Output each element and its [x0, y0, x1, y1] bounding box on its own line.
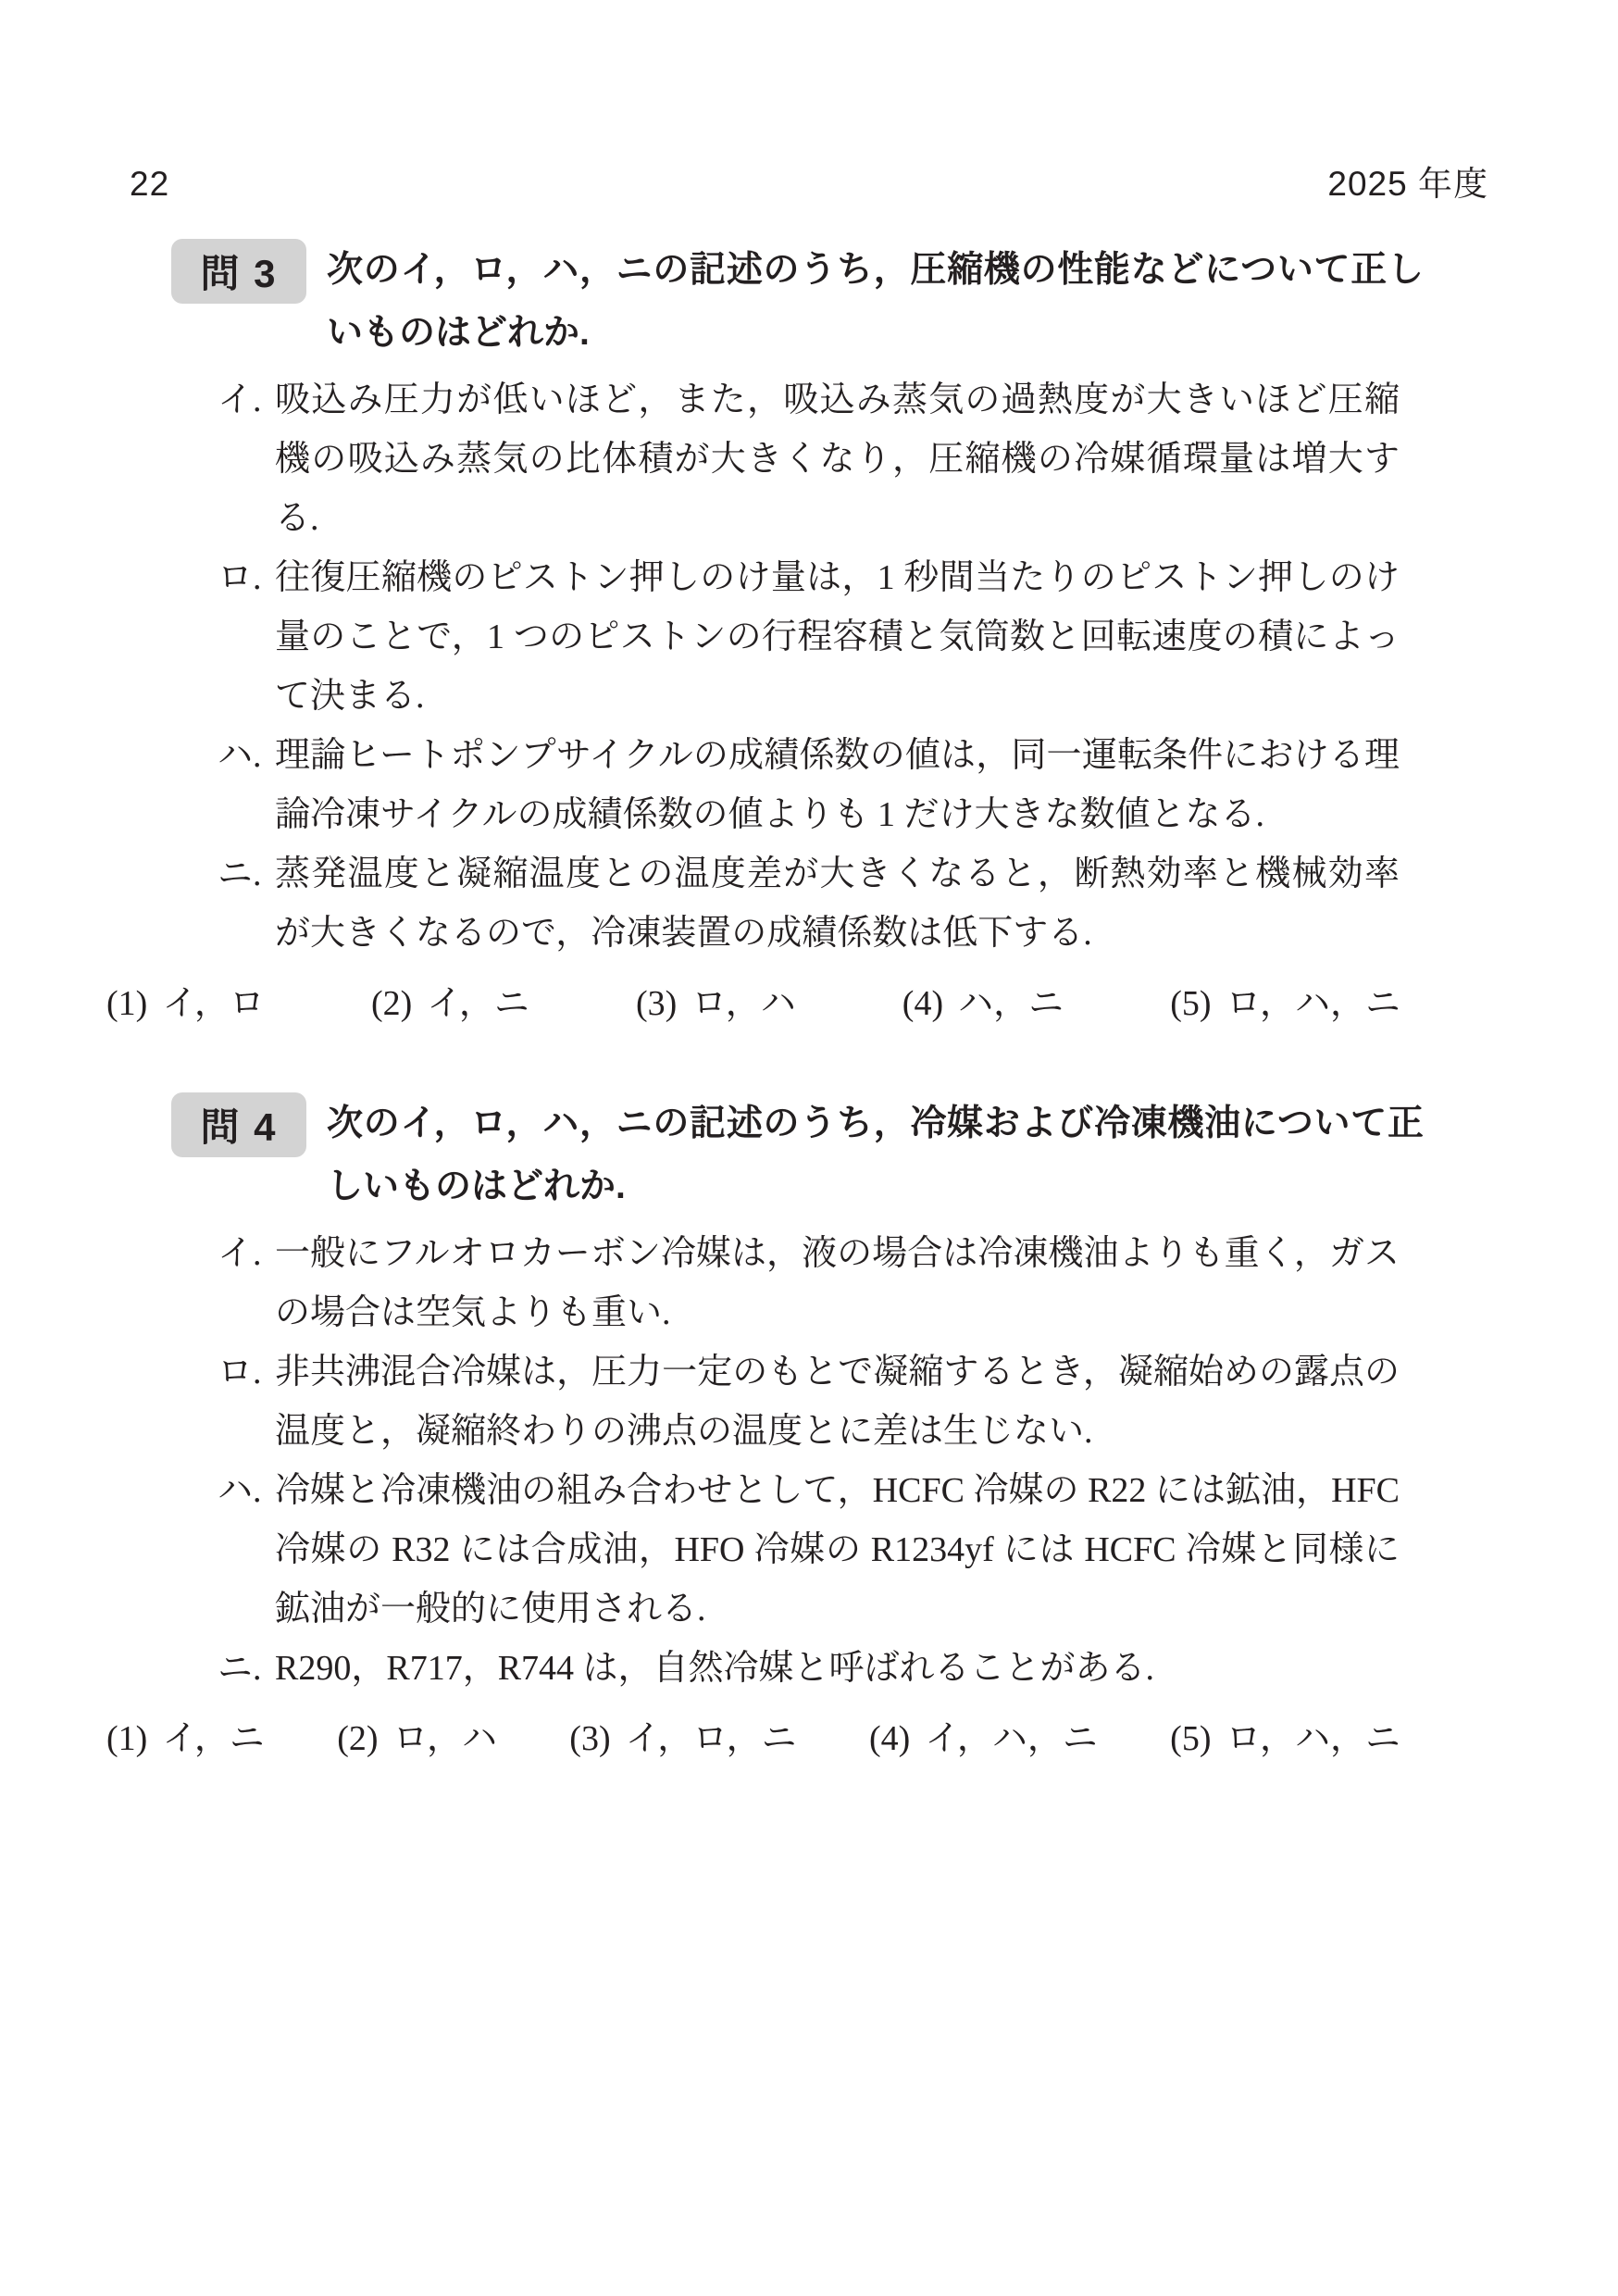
option-number: (4)	[869, 1719, 910, 1758]
page-header: 22 2025 年度	[130, 156, 1488, 206]
option-number: (4)	[902, 984, 943, 1023]
answer-option-5: (5)ロ，ハ，ニ	[1170, 974, 1400, 1033]
statement-marker: イ.	[218, 1224, 275, 1342]
answer-option-2: (2)イ，ニ	[371, 974, 529, 1033]
option-number: (3)	[636, 984, 677, 1023]
option-number: (1)	[106, 984, 147, 1023]
statement-text: 冷媒と冷凍機油の組み合わせとして，HCFC 冷媒の R22 には鉱油，HFC 冷…	[275, 1461, 1400, 1639]
option-answer: ロ，ハ	[393, 1719, 497, 1758]
answer-option-2: (2)ロ，ハ	[337, 1709, 497, 1768]
statement-text: 吸込み圧力が低いほど，また，吸込み蒸気の過熱度が大きいほど圧縮機の吸込み蒸気の比…	[275, 370, 1400, 548]
page-content: 問 3 次のイ，ロ，ハ，ニの記述のうち，圧縮機の性能などについて正しいものはどれ…	[0, 239, 1618, 1768]
statement-ha: ハ. 冷媒と冷凍機油の組み合わせとして，HCFC 冷媒の R22 には鉱油，HF…	[218, 1461, 1618, 1639]
edition-label: 2025 年度	[1327, 156, 1488, 206]
answer-option-1: (1)イ，ニ	[106, 1709, 265, 1768]
option-number: (5)	[1170, 1719, 1211, 1758]
statement-i: イ. 一般にフルオロカーボン冷媒は，液の場合は冷凍機油よりも重く，ガスの場合は空…	[218, 1224, 1618, 1342]
question-4-options: (1)イ，ニ (2)ロ，ハ (3)イ，ロ，ニ (4)イ，ハ，ニ (5)ロ，ハ，ニ	[106, 1709, 1400, 1768]
option-number: (5)	[1170, 984, 1211, 1023]
answer-option-5: (5)ロ，ハ，ニ	[1170, 1709, 1400, 1768]
question-4-statements: イ. 一般にフルオロカーボン冷媒は，液の場合は冷凍機油よりも重く，ガスの場合は空…	[218, 1224, 1618, 1698]
statement-marker: ロ.	[218, 548, 275, 726]
statement-text: 蒸発温度と凝縮温度との温度差が大きくなると，断熱効率と機械効率が大きくなるので，…	[275, 844, 1400, 963]
question-3-label: 問 3	[171, 239, 306, 304]
option-number: (1)	[106, 1719, 147, 1758]
statement-marker: イ.	[218, 370, 275, 548]
statement-marker: ハ.	[218, 1461, 275, 1639]
statement-marker: ハ.	[218, 726, 275, 844]
statement-text: 一般にフルオロカーボン冷媒は，液の場合は冷凍機油よりも重く，ガスの場合は空気より…	[275, 1224, 1400, 1342]
statement-ni: ニ. 蒸発温度と凝縮温度との温度差が大きくなると，断熱効率と機械効率が大きくなる…	[218, 844, 1618, 963]
option-number: (3)	[569, 1719, 610, 1758]
option-answer: イ，ニ	[427, 984, 529, 1023]
question-4-label: 問 4	[171, 1092, 306, 1157]
option-answer: イ，ロ	[162, 984, 265, 1023]
statement-marker: ロ.	[218, 1342, 275, 1461]
answer-option-4: (4)イ，ハ，ニ	[869, 1709, 1098, 1768]
question-4-title: 次のイ，ロ，ハ，ニの記述のうち，冷媒および冷凍機油について正しいものはどれか.	[327, 1092, 1424, 1218]
question-3-statements: イ. 吸込み圧力が低いほど，また，吸込み蒸気の過熱度が大きいほど圧縮機の吸込み蒸…	[218, 370, 1618, 963]
statement-text: 理論ヒートポンプサイクルの成績係数の値は，同一運転条件における理論冷凍サイクルの…	[275, 726, 1400, 844]
statement-i: イ. 吸込み圧力が低いほど，また，吸込み蒸気の過熱度が大きいほど圧縮機の吸込み蒸…	[218, 370, 1618, 548]
option-number: (2)	[371, 984, 412, 1023]
question-3: 問 3 次のイ，ロ，ハ，ニの記述のうち，圧縮機の性能などについて正しいものはどれ…	[0, 239, 1618, 1033]
statement-text: 非共沸混合冷媒は，圧力一定のもとで凝縮するとき，凝縮始めの露点の温度と，凝縮終わ…	[275, 1342, 1400, 1461]
option-answer: ロ，ハ，ニ	[1226, 984, 1400, 1023]
question-3-header: 問 3 次のイ，ロ，ハ，ニの記述のうち，圧縮機の性能などについて正しいものはどれ…	[171, 239, 1618, 365]
answer-option-1: (1)イ，ロ	[106, 974, 265, 1033]
statement-ni: ニ. R290，R717，R744 は，自然冷媒と呼ばれることがある.	[218, 1639, 1618, 1698]
statement-ha: ハ. 理論ヒートポンプサイクルの成績係数の値は，同一運転条件における理論冷凍サイ…	[218, 726, 1618, 844]
page-number: 22	[130, 165, 169, 204]
option-answer: ロ，ハ	[691, 984, 795, 1023]
exam-page: 22 2025 年度 問 3 次のイ，ロ，ハ，ニの記述のうち，圧縮機の性能などに…	[0, 0, 1618, 2296]
answer-option-3: (3)イ，ロ，ニ	[569, 1709, 796, 1768]
statement-text: 往復圧縮機のピストン押しのけ量は，1 秒間当たりのピストン押しのけ量のことで，1…	[275, 548, 1400, 726]
question-3-options: (1)イ，ロ (2)イ，ニ (3)ロ，ハ (4)ハ，ニ (5)ロ，ハ，ニ	[106, 974, 1400, 1033]
option-answer: イ，ハ，ニ	[925, 1719, 1098, 1758]
option-answer: イ，ロ，ニ	[626, 1719, 797, 1758]
option-answer: ロ，ハ，ニ	[1226, 1719, 1400, 1758]
option-number: (2)	[337, 1719, 378, 1758]
statement-ro: ロ. 往復圧縮機のピストン押しのけ量は，1 秒間当たりのピストン押しのけ量のこと…	[218, 548, 1618, 726]
statement-marker: ニ.	[218, 844, 275, 963]
question-4-header: 問 4 次のイ，ロ，ハ，ニの記述のうち，冷媒および冷凍機油について正しいものはど…	[171, 1092, 1618, 1218]
option-answer: ハ，ニ	[958, 984, 1064, 1023]
option-answer: イ，ニ	[162, 1719, 265, 1758]
statement-marker: ニ.	[218, 1639, 275, 1698]
statement-ro: ロ. 非共沸混合冷媒は，圧力一定のもとで凝縮するとき，凝縮始めの露点の温度と，凝…	[218, 1342, 1618, 1461]
question-3-title: 次のイ，ロ，ハ，ニの記述のうち，圧縮機の性能などについて正しいものはどれか.	[327, 239, 1424, 365]
question-4: 問 4 次のイ，ロ，ハ，ニの記述のうち，冷媒および冷凍機油について正しいものはど…	[0, 1092, 1618, 1768]
answer-option-3: (3)ロ，ハ	[636, 974, 796, 1033]
answer-option-4: (4)ハ，ニ	[902, 974, 1064, 1033]
statement-text: R290，R717，R744 は，自然冷媒と呼ばれることがある.	[275, 1639, 1400, 1698]
